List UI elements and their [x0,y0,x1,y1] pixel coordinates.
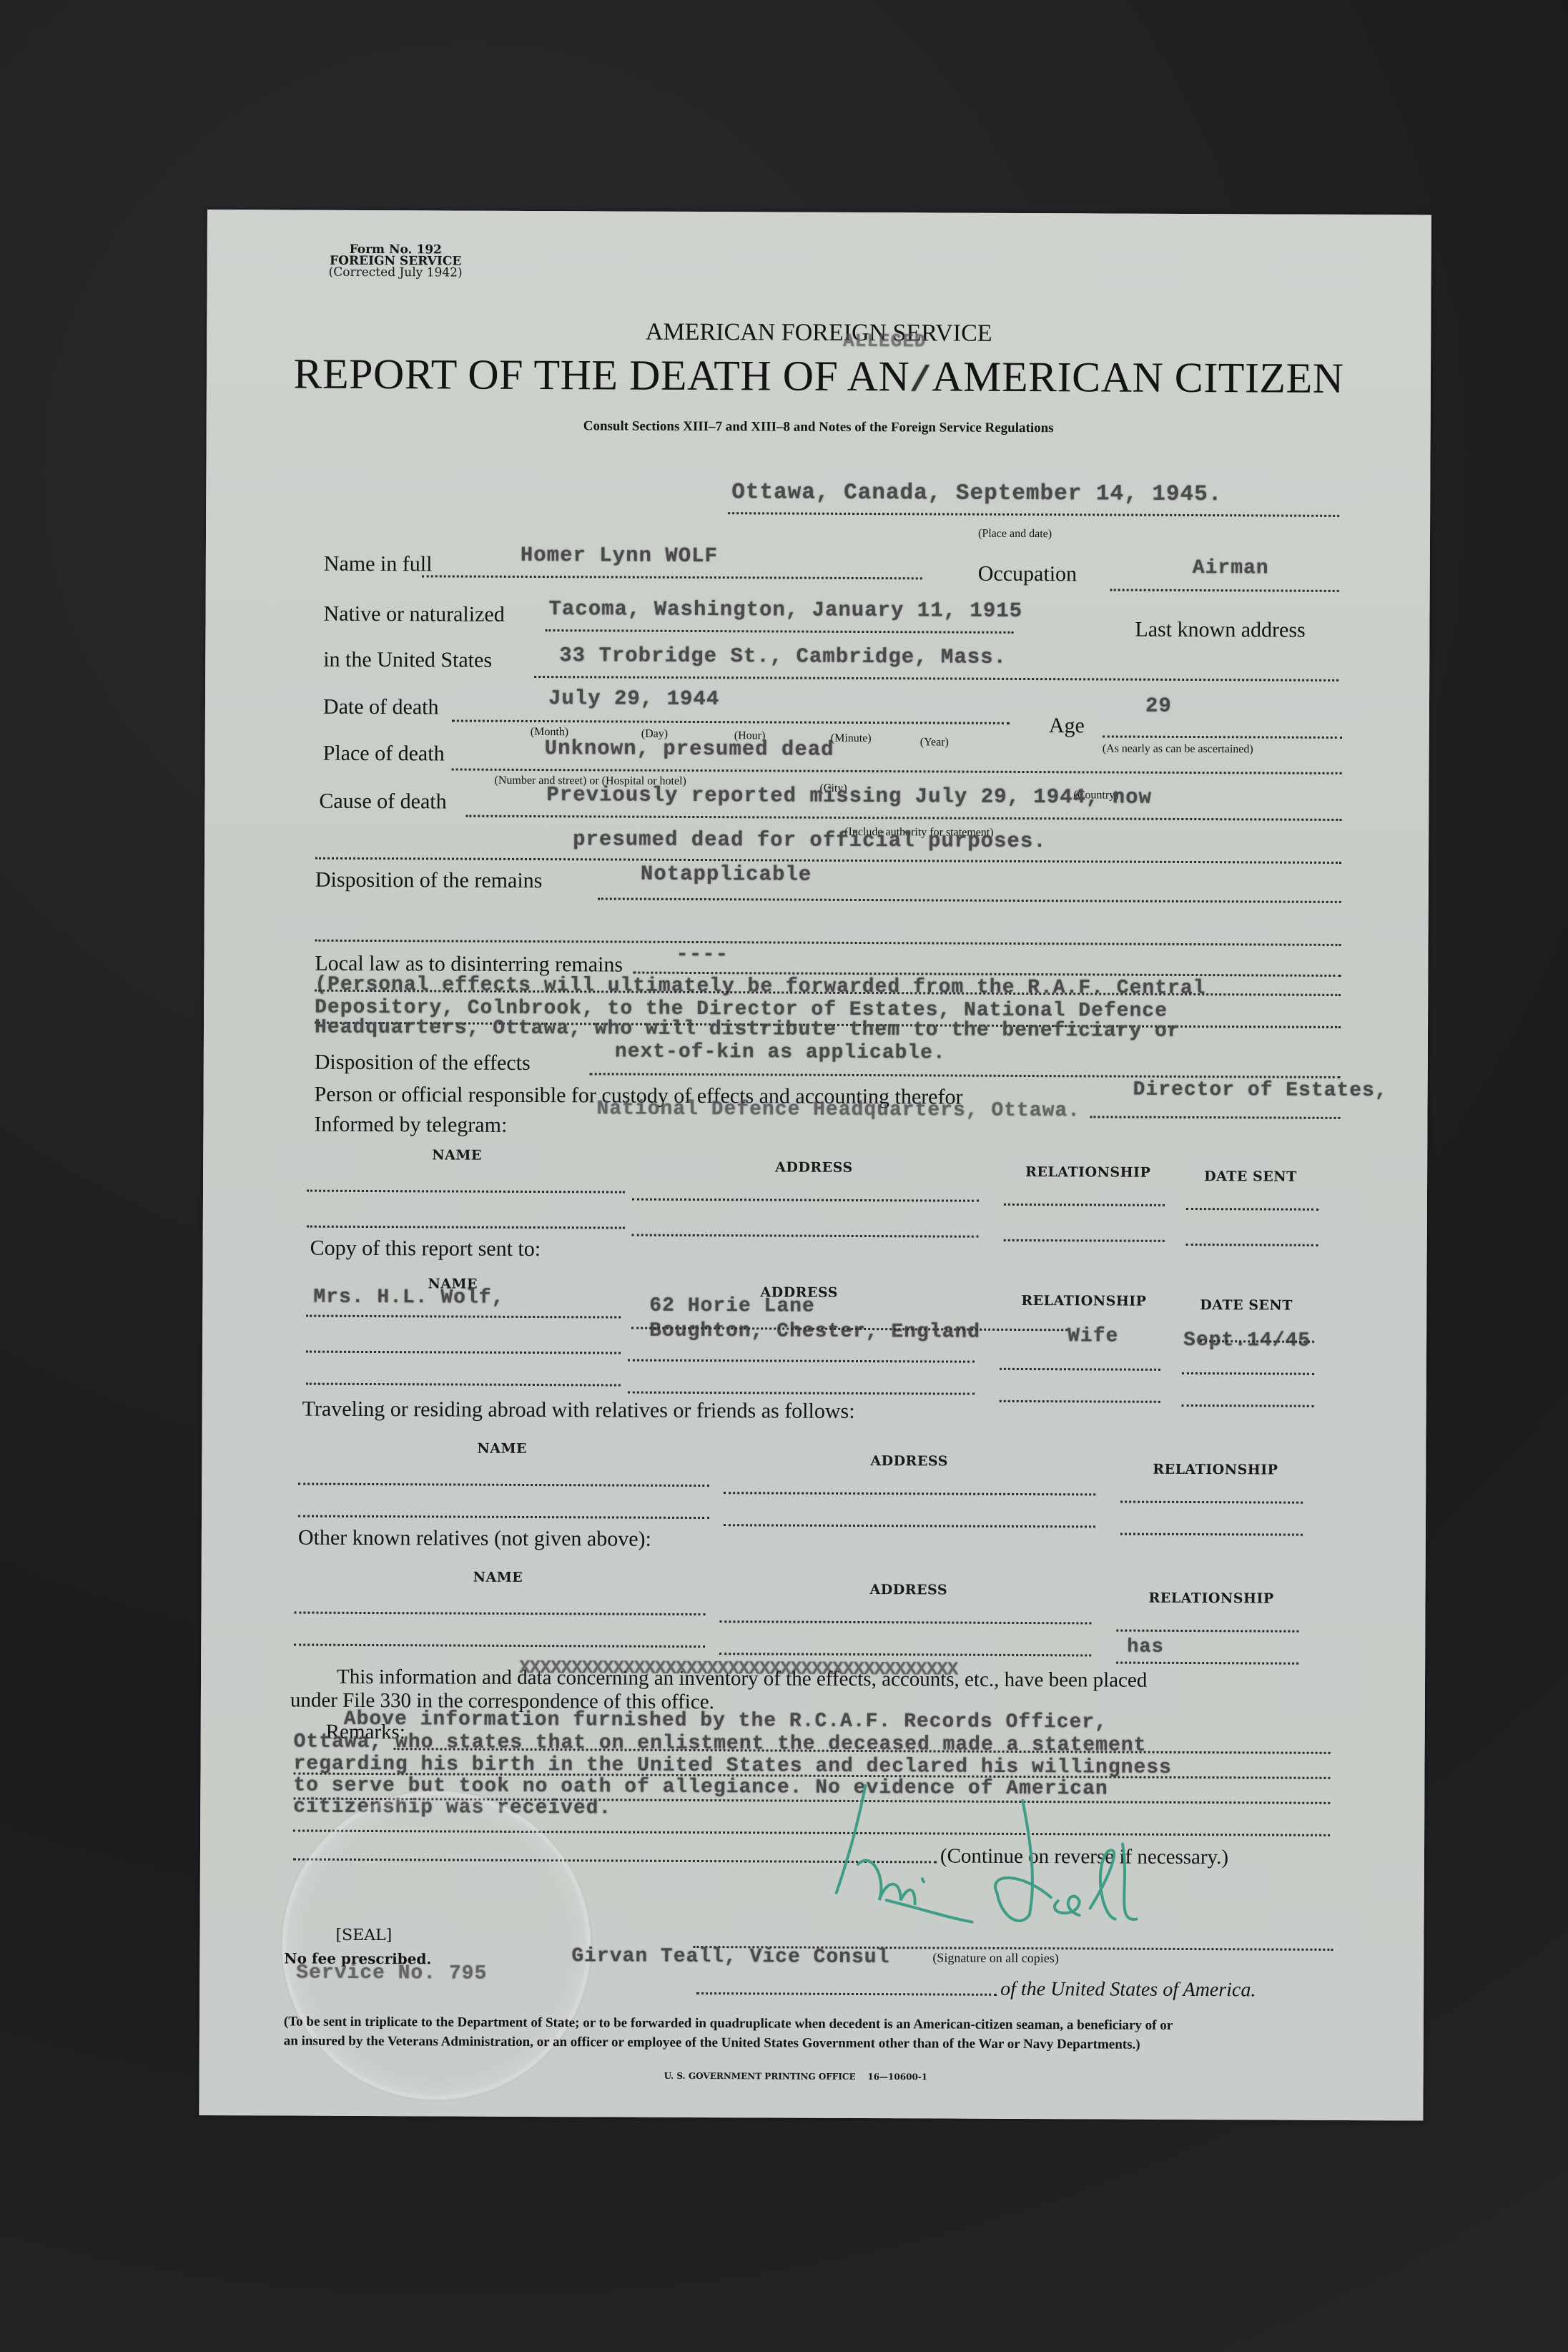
traveling-title: Traveling or residing abroad with relati… [302,1397,855,1424]
cause-of-death-label: Cause of death [319,789,446,815]
printer-name: U. S. GOVERNMENT PRINTING OFFICE [664,2071,856,2082]
us-address-line [534,676,1338,682]
effects-rule4 [590,1073,1341,1078]
copy-row1-relationship[interactable]: Wife [1067,1325,1118,1347]
remains-label: Disposition of the remains [315,868,543,893]
embossed-seal [281,1790,591,2100]
traveling-row2-rel[interactable] [1120,1533,1303,1536]
other-row2-rel[interactable] [1116,1662,1298,1665]
remains-line [598,897,1341,903]
copy-row1-name[interactable]: Mrs. H.L. Wolf, [313,1286,504,1309]
traveling-col-address: ADDRESS [870,1453,948,1469]
telegram-col-date: DATE SENT [1204,1168,1297,1185]
local-law-value[interactable]: ---- [676,943,729,966]
effects-label: Disposition of the effects [315,1050,531,1076]
place-date-value[interactable]: Ottawa, Canada, September 14, 1945. [731,480,1222,507]
effects-line1[interactable]: (Personal effects will ultimately be for… [315,974,1205,1000]
cause-line1 [465,815,1341,821]
other-col-name: NAME [473,1570,523,1585]
handwritten-signature-icon [807,1771,1208,1944]
inventory-has: has [1127,1637,1164,1658]
officer-title-line [696,1992,997,1996]
inventory-line1: This information and data concerning an … [337,1665,1147,1693]
title-part1: REPORT OF THE DEATH OF AN [293,350,909,400]
telegram-row2-rel[interactable] [1004,1239,1165,1242]
age-line [1103,735,1342,738]
telegram-row2-date[interactable] [1186,1244,1318,1246]
signature-caption: (Signature on all copies) [932,1950,1059,1966]
remarks-line2[interactable]: Ottawa, who states that on enlistment th… [294,1731,1147,1757]
last-address-label: Last known address [1135,618,1305,643]
other-row1-name[interactable] [294,1612,705,1616]
native-value[interactable]: Tacoma, Washington, January 11, 1915 [548,597,1022,623]
copy-rule-addr3[interactable] [628,1392,975,1395]
caption-year: (Year) [920,736,949,749]
place-of-death-value[interactable]: Unknown, presumed dead [545,737,834,762]
other-row1-address[interactable] [719,1620,1091,1624]
telegram-row1-name[interactable] [307,1190,625,1194]
us-address-value[interactable]: 33 Trobridge St., Cambridge, Mass. [559,644,1007,669]
telegram-row1-address[interactable] [632,1199,979,1202]
title-part2: AMERICAN CITIZEN [932,353,1344,402]
place-of-death-line [452,768,1342,774]
copy-col-relationship: RELATIONSHIP [1021,1293,1146,1309]
service-number: Service No. 795 [296,1962,487,1985]
telegram-row1-rel[interactable] [1004,1204,1165,1206]
date-of-death-value[interactable]: July 29, 1944 [548,687,719,711]
native-line [545,629,1013,634]
age-caption: (As nearly as can be ascertained) [1103,742,1253,756]
agency-title: AMERICAN FOREIGN SERVICE [207,317,1431,349]
date-of-death-label: Date of death [323,695,439,720]
typed-signer-name: Girvan Teall, Vice Consul [571,1945,889,1969]
caption-minute: (Minute) [831,732,872,745]
occupation-value[interactable]: Airman [1193,557,1269,579]
age-value[interactable]: 29 [1145,694,1172,718]
telegram-col-name: NAME [432,1147,482,1163]
copy-rule-date3[interactable] [1182,1404,1314,1407]
traveling-row1-name[interactable] [298,1483,709,1487]
copy-rule-addr2[interactable] [628,1359,975,1363]
page-title: REPORT OF THE DEATH OF AN/AMERICAN CITIZ… [207,349,1431,404]
traveling-row1-rel[interactable] [1120,1501,1303,1504]
form-number-block: Form No. 192 FOREIGN SERVICE (Corrected … [329,244,463,279]
name-value[interactable]: Homer Lynn WOLF [521,543,718,568]
place-date-line [728,512,1339,517]
traveling-row2-name[interactable] [298,1515,709,1520]
custody-line2[interactable]: National Defence Headquarters, Ottawa. [596,1098,1080,1122]
copy-rule-date2[interactable] [1182,1372,1314,1375]
subtitle: Consult Sections XIII–7 and XIII–8 and N… [207,417,1431,438]
seal-label: [SEAL] [335,1927,392,1944]
effects-line3[interactable]: Headquarters, Ottawa, who will distribut… [315,1017,1180,1043]
copy-row1-address1[interactable]: 62 Horie Lane [649,1295,815,1318]
printer-code: 16—10600-1 [867,2072,927,2082]
traveling-row1-address[interactable] [724,1492,1095,1495]
place-of-death-label: Place of death [323,742,445,767]
traveling-col-relationship: RELATIONSHIP [1153,1462,1278,1478]
custody-line1[interactable]: Director of Estates, [1133,1079,1388,1103]
other-row2-name[interactable] [294,1644,705,1648]
inserted-word-alleged: ALLEGED [843,330,926,353]
traveling-col-name: NAME [477,1441,527,1457]
telegram-row1-date[interactable] [1186,1208,1318,1211]
name-label: Name in full [324,552,433,577]
document-page: Form No. 192 FOREIGN SERVICE (Corrected … [199,210,1431,2120]
native-label: Native or naturalized [323,602,504,627]
cause-of-death-line2[interactable]: presumed dead for official purposes. [573,827,1047,853]
occupation-label: Occupation [978,562,1077,587]
telegram-col-relationship: RELATIONSHIP [1025,1164,1150,1181]
custody-rule [1090,1116,1340,1119]
copy-rule-name2[interactable] [306,1351,621,1354]
other-col-relationship: RELATIONSHIP [1148,1590,1273,1607]
copy-row1-address2[interactable]: Boughton, Chester, England [649,1320,980,1344]
effects-line4[interactable]: next-of-kin as applicable. [615,1040,946,1064]
copy-col-date: DATE SENT [1200,1297,1293,1314]
traveling-row2-address[interactable] [724,1524,1095,1527]
telegram-row2-address[interactable] [632,1234,979,1238]
caret-mark: / [909,361,932,402]
other-row2-address[interactable] [719,1653,1091,1656]
copy-rule-name1 [306,1315,621,1319]
other-col-address: ADDRESS [870,1582,948,1598]
copy-rule-name3[interactable] [306,1383,621,1387]
other-row1-rel[interactable] [1116,1630,1298,1633]
occupation-line [1110,589,1339,592]
cause-of-death-line1[interactable]: Previously reported missing July 29, 194… [546,783,1152,810]
copy-rule-rel3[interactable] [1000,1400,1160,1403]
copy-title: Copy of this report sent to: [310,1236,541,1261]
remains-value[interactable]: Notapplicable [641,862,812,887]
name-line [422,575,922,579]
age-label: Age [1049,714,1085,738]
cause-line2 [315,857,1341,864]
telegram-col-address: ADDRESS [775,1159,853,1175]
remains-line2 [315,940,1341,946]
place-date-caption: (Place and date) [978,528,1052,541]
telegram-title: Informed by telegram: [314,1113,507,1138]
us-address-label: in the United States [323,648,492,673]
of-usa-label: of the United States of America. [1000,1978,1256,2002]
telegram-row2-name[interactable] [307,1226,625,1229]
form-corrected: (Corrected July 1942) [329,267,463,279]
remarks-line1[interactable]: Above information furnished by the R.C.A… [344,1708,1108,1734]
date-of-death-line [452,719,1010,724]
printer-label: U. S. GOVERNMENT PRINTING OFFICE 16—1060… [664,2071,928,2082]
copy-rule-rel2[interactable] [1000,1368,1160,1371]
other-relatives-title: Other known relatives (not given above): [298,1526,651,1552]
